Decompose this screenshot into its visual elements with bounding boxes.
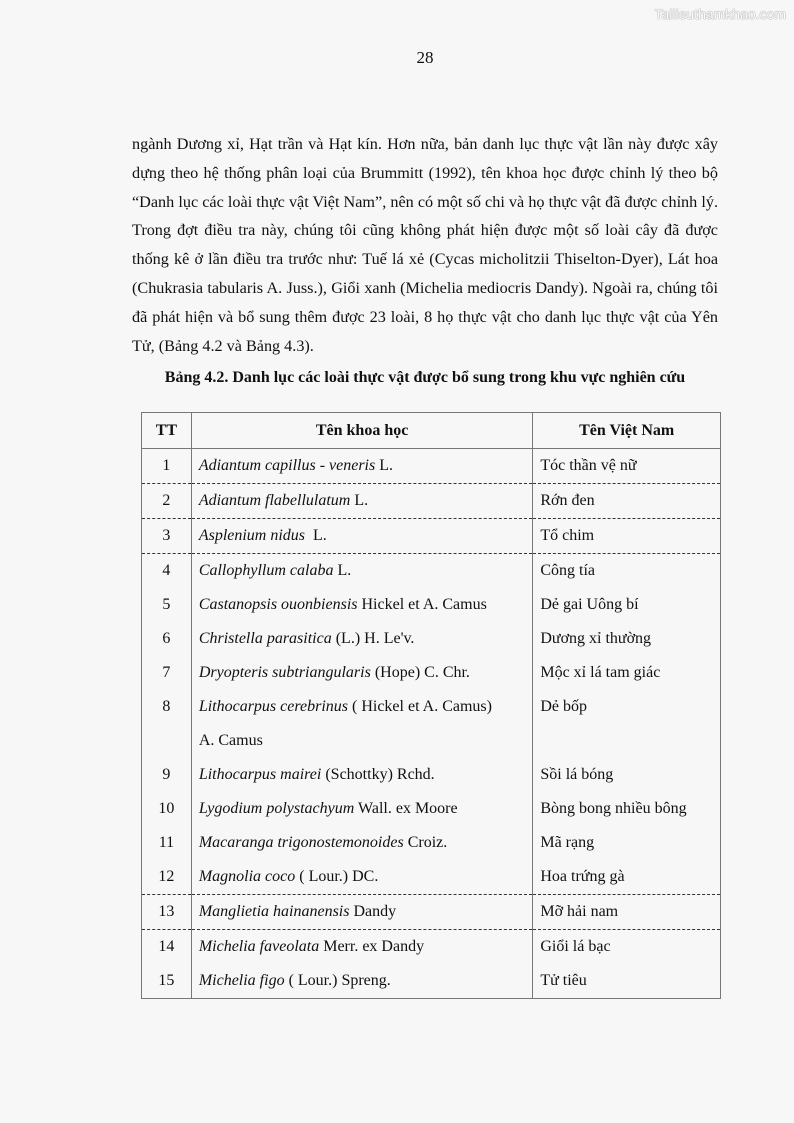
cell-tt: 4 <box>142 554 192 589</box>
cell-vietnamese-name: Dương xỉ thường <box>533 622 721 656</box>
table-row: 3Asplenium nidus L.Tổ chim <box>142 519 721 554</box>
cell-tt: 8 <box>142 690 192 724</box>
species-table: TT Tên khoa học Tên Việt Nam 1Adiantum c… <box>141 412 721 999</box>
cell-vietnamese-name: Giổi lá bạc <box>533 930 721 965</box>
scientific-author: (Hope) C. Chr. <box>371 664 470 681</box>
cell-tt: 3 <box>142 519 192 554</box>
watermark: Tailieuthamkhao.com <box>654 6 786 22</box>
table-row: 10Lygodium polystachyum Wall. ex MooreBò… <box>142 792 721 826</box>
scientific-genus-species: Michelia figo <box>199 972 285 989</box>
table-row: 4Callophyllum calaba L.Công tía <box>142 554 721 589</box>
scientific-author: L. <box>350 492 368 509</box>
cell-vietnamese-name: Mã rạng <box>533 826 721 860</box>
table-caption: Bảng 4.2. Danh lục các loài thực vật đượ… <box>0 369 794 387</box>
cell-scientific-name: Castanopsis ouonbiensis Hickel et A. Cam… <box>191 588 533 622</box>
cell-scientific-name: Michelia faveolata Merr. ex Dandy <box>191 930 533 965</box>
scientific-author: ( Lour.) Spreng. <box>285 972 391 989</box>
cell-tt: 1 <box>142 449 192 484</box>
cell-vietnamese-name: Tử tiêu <box>533 964 721 999</box>
table-row: 12Magnolia coco ( Lour.) DC.Hoa trứng gà <box>142 860 721 895</box>
table-row: 8Lithocarpus cerebrinus ( Hickel et A. C… <box>142 690 721 724</box>
cell-tt: 10 <box>142 792 192 826</box>
table-row: 7Dryopteris subtriangularis (Hope) C. Ch… <box>142 656 721 690</box>
cell-scientific-name: Magnolia coco ( Lour.) DC. <box>191 860 533 895</box>
header-vietnamese-name: Tên Việt Nam <box>533 413 721 449</box>
cell-tt: 15 <box>142 964 192 999</box>
scientific-genus-species: Macaranga trigonostemonoides <box>199 834 404 851</box>
cell-vietnamese-name: Hoa trứng gà <box>533 860 721 895</box>
table-row: 2Adiantum flabellulatum L.Rớn đen <box>142 484 721 519</box>
table-row: 14Michelia faveolata Merr. ex DandyGiổi … <box>142 930 721 965</box>
table-row: 6Christella parasitica (L.) H. Le'v.Dươn… <box>142 622 721 656</box>
cell-scientific-name: Christella parasitica (L.) H. Le'v. <box>191 622 533 656</box>
cell-scientific-name: Adiantum capillus - veneris L. <box>191 449 533 484</box>
cell-vietnamese-name: Mộc xỉ lá tam giác <box>533 656 721 690</box>
scientific-genus-species: Lithocarpus cerebrinus <box>199 698 348 715</box>
cell-vietnamese-name: Dẻ gai Uông bí <box>533 588 721 622</box>
cell-scientific-name: Manglietia hainanensis Dandy <box>191 895 533 930</box>
table-row: 15Michelia figo ( Lour.) Spreng.Tử tiêu <box>142 964 721 999</box>
cell-tt <box>142 724 192 758</box>
table-row: 1Adiantum capillus - veneris L.Tóc thần … <box>142 449 721 484</box>
table-row: A. Camus <box>142 724 721 758</box>
scientific-author: L. <box>375 457 393 474</box>
scientific-author: Merr. ex Dandy <box>319 938 424 955</box>
scientific-genus-species: Magnolia coco <box>199 868 295 885</box>
scientific-genus-species: Adiantum capillus - veneris <box>199 457 375 474</box>
scientific-author: Croiz. <box>404 834 448 851</box>
cell-tt: 13 <box>142 895 192 930</box>
cell-scientific-name: Asplenium nidus L. <box>191 519 533 554</box>
cell-vietnamese-name: Rớn đen <box>533 484 721 519</box>
cell-scientific-name: Lithocarpus mairei (Schottky) Rchd. <box>191 758 533 792</box>
header-scientific-name: Tên khoa học <box>191 413 533 449</box>
cell-vietnamese-name: Công tía <box>533 554 721 589</box>
cell-scientific-name: Michelia figo ( Lour.) Spreng. <box>191 964 533 999</box>
scientific-genus-species: Christella parasitica <box>199 630 332 647</box>
scientific-author: (L.) H. Le'v. <box>332 630 415 647</box>
scientific-genus-species: Adiantum flabellulatum <box>199 492 351 509</box>
cell-tt: 11 <box>142 826 192 860</box>
scientific-genus-species: Manglietia hainanensis <box>199 903 350 920</box>
cell-vietnamese-name: Tổ chim <box>533 519 721 554</box>
cell-scientific-name: Macaranga trigonostemonoides Croiz. <box>191 826 533 860</box>
cell-scientific-name: Dryopteris subtriangularis (Hope) C. Chr… <box>191 656 533 690</box>
scientific-author: (Schottky) Rchd. <box>321 766 434 783</box>
scientific-author: ( Hickel et A. Camus) <box>348 698 492 715</box>
cell-tt: 6 <box>142 622 192 656</box>
cell-vietnamese-name: Bòng bong nhiều bông <box>533 792 721 826</box>
table-row: 5Castanopsis ouonbiensis Hickel et A. Ca… <box>142 588 721 622</box>
scientific-genus-species: Castanopsis ouonbiensis <box>199 596 358 613</box>
cell-vietnamese-name: Sồi lá bóng <box>533 758 721 792</box>
cell-scientific-name: A. Camus <box>191 724 533 758</box>
table-header-row: TT Tên khoa học Tên Việt Nam <box>142 413 721 449</box>
scientific-genus-species: Dryopteris subtriangularis <box>199 664 371 681</box>
cell-tt: 5 <box>142 588 192 622</box>
scientific-author: L. <box>305 527 327 544</box>
scientific-author: ( Lour.) DC. <box>295 868 378 885</box>
table-row: 11Macaranga trigonostemonoides Croiz.Mã … <box>142 826 721 860</box>
cell-scientific-name: Callophyllum calaba L. <box>191 554 533 589</box>
scientific-author: Wall. ex Moore <box>354 800 457 817</box>
cell-vietnamese-name: Mỡ hải nam <box>533 895 721 930</box>
cell-vietnamese-name: Dẻ bốp <box>533 690 721 724</box>
cell-tt: 2 <box>142 484 192 519</box>
cell-scientific-name: Lygodium polystachyum Wall. ex Moore <box>191 792 533 826</box>
scientific-author: A. Camus <box>199 732 263 749</box>
cell-tt: 14 <box>142 930 192 965</box>
cell-tt: 9 <box>142 758 192 792</box>
scientific-author: Dandy <box>349 903 396 920</box>
page-number: 28 <box>0 48 794 68</box>
scientific-genus-species: Asplenium nidus <box>199 527 305 544</box>
table-row: 9Lithocarpus mairei (Schottky) Rchd.Sồi … <box>142 758 721 792</box>
cell-tt: 12 <box>142 860 192 895</box>
cell-vietnamese-name <box>533 724 721 758</box>
cell-scientific-name: Lithocarpus cerebrinus ( Hickel et A. Ca… <box>191 690 533 724</box>
scientific-author: L. <box>333 562 351 579</box>
scientific-genus-species: Lygodium polystachyum <box>199 800 355 817</box>
scientific-author: Hickel et A. Camus <box>358 596 487 613</box>
cell-tt: 7 <box>142 656 192 690</box>
cell-scientific-name: Adiantum flabellulatum L. <box>191 484 533 519</box>
cell-vietnamese-name: Tóc thần vệ nữ <box>533 449 721 484</box>
header-tt: TT <box>142 413 192 449</box>
scientific-genus-species: Michelia faveolata <box>199 938 319 955</box>
body-paragraph: ngành Dương xỉ, Hạt trần và Hạt kín. Hơn… <box>132 130 718 360</box>
scientific-genus-species: Lithocarpus mairei <box>199 766 322 783</box>
table-row: 13Manglietia hainanensis DandyMỡ hải nam <box>142 895 721 930</box>
scientific-genus-species: Callophyllum calaba <box>199 562 334 579</box>
